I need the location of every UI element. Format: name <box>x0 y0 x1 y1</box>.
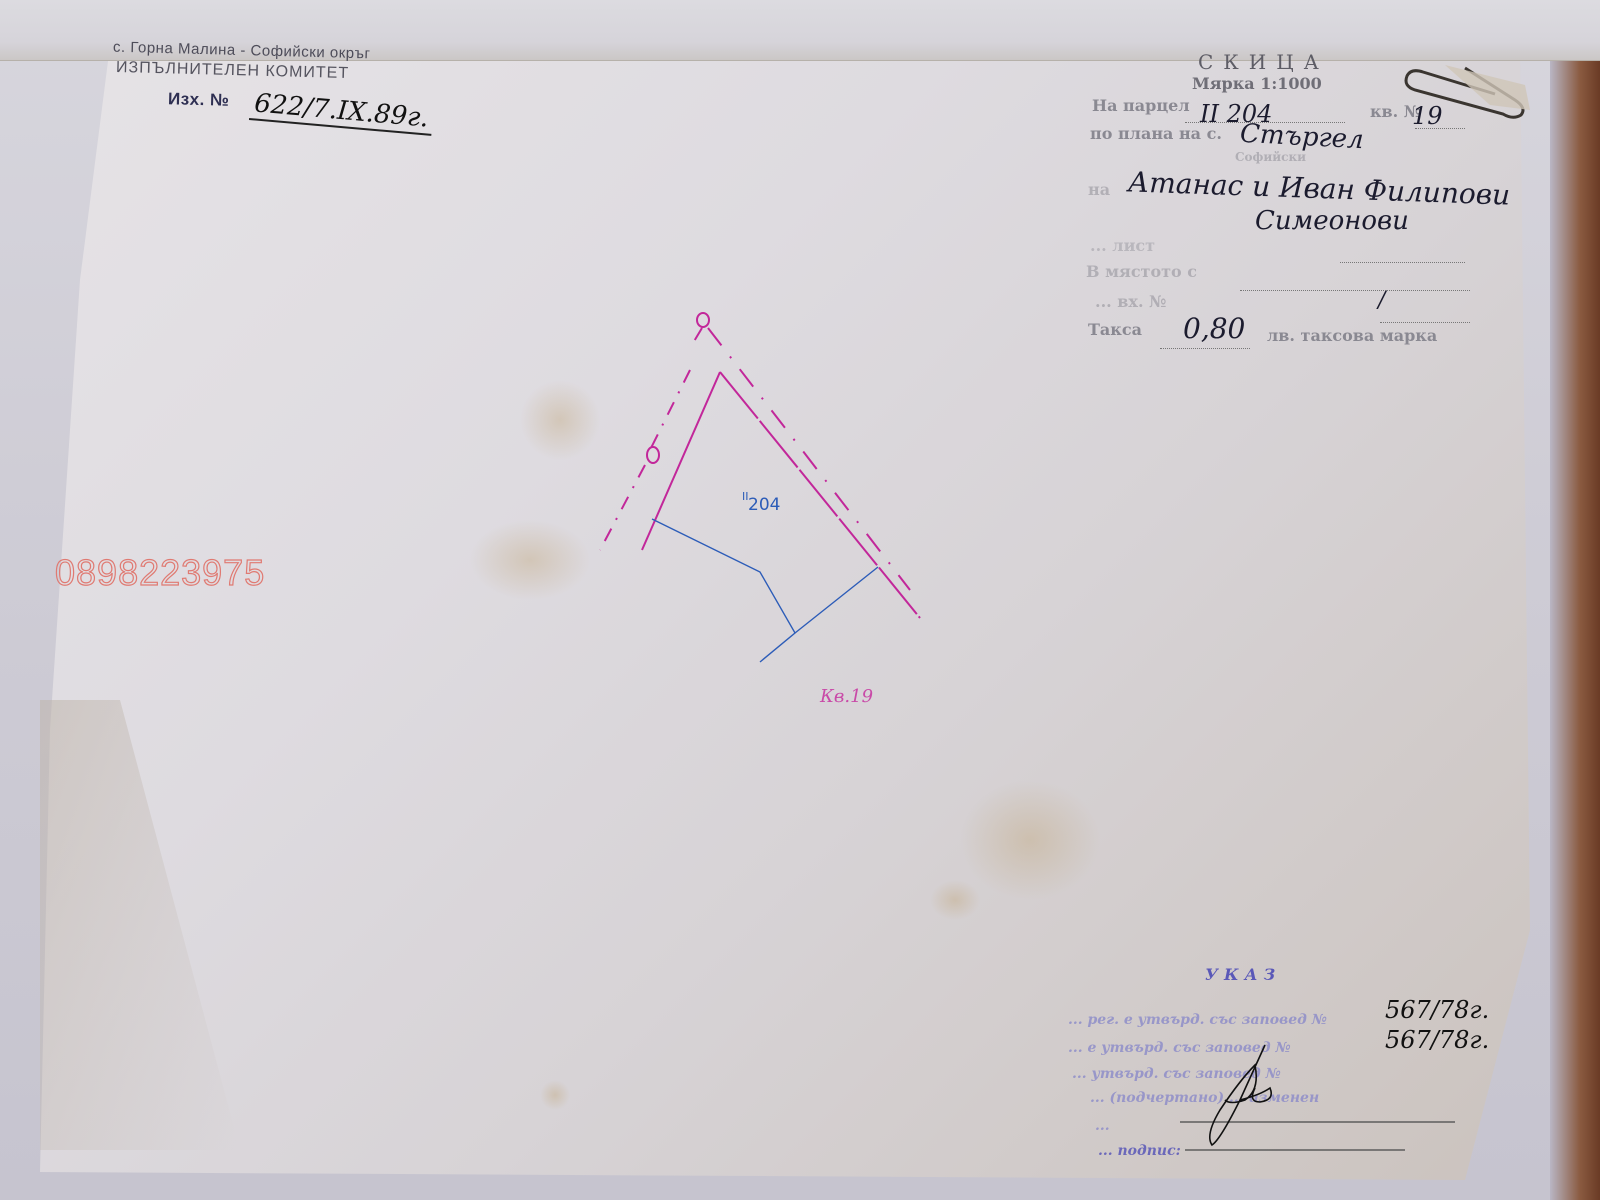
decree-title: УКАЗ <box>1205 965 1281 984</box>
dotted-rule <box>1340 262 1465 263</box>
stain <box>470 520 590 600</box>
block-number: Кв.19 <box>819 686 873 707</box>
incoming-value: / <box>1378 288 1385 313</box>
decree-value-1: 567/78г. <box>1385 996 1489 1024</box>
decree-value-2: 567/78г. <box>1385 1026 1489 1054</box>
owner-label: на <box>1088 180 1110 199</box>
form-scale: Мярка 1:1000 <box>1192 74 1322 93</box>
dotted-rule <box>1160 348 1250 349</box>
stamp-outgoing-label: Изх. № <box>168 89 230 111</box>
district-label: Софийски <box>1235 150 1306 164</box>
plan-label: по плана на с. <box>1090 124 1222 143</box>
stain <box>930 880 980 920</box>
decree-line-6: ... подпис: <box>1098 1143 1181 1159</box>
decree-line-1: ... рег. е утвърд. със заповед № <box>1068 1012 1327 1028</box>
parcel-number: 204 <box>748 495 780 515</box>
owner-line2: Симеонови <box>1255 206 1409 236</box>
signature <box>1200 1040 1290 1150</box>
dotted-rule <box>1240 290 1470 291</box>
incoming-label: ... вх. № <box>1095 292 1166 311</box>
table-edge <box>1550 60 1600 1200</box>
stain <box>960 780 1100 900</box>
parcel-plan-drawing: II 204 Кв.19 <box>590 300 930 720</box>
parcel-label: На парцел <box>1092 96 1190 115</box>
fee-value: 0,80 <box>1183 312 1245 345</box>
form-title: СКИЦА <box>1198 50 1329 74</box>
paperclip-icon <box>1395 60 1535 120</box>
dotted-rule <box>1415 128 1465 129</box>
fee-suffix: лв. таксова марка <box>1267 326 1437 345</box>
place-label: В мястото с <box>1086 262 1197 281</box>
decree-line-5: ... <box>1095 1118 1110 1134</box>
sheet-label: ... лист <box>1090 236 1155 255</box>
watermark-phone: 0898223975 <box>55 552 265 594</box>
stain <box>540 1080 570 1110</box>
stain <box>520 380 600 460</box>
fee-label: Такса <box>1088 320 1142 339</box>
dotted-rule <box>1380 322 1470 323</box>
dotted-rule <box>1185 122 1345 123</box>
